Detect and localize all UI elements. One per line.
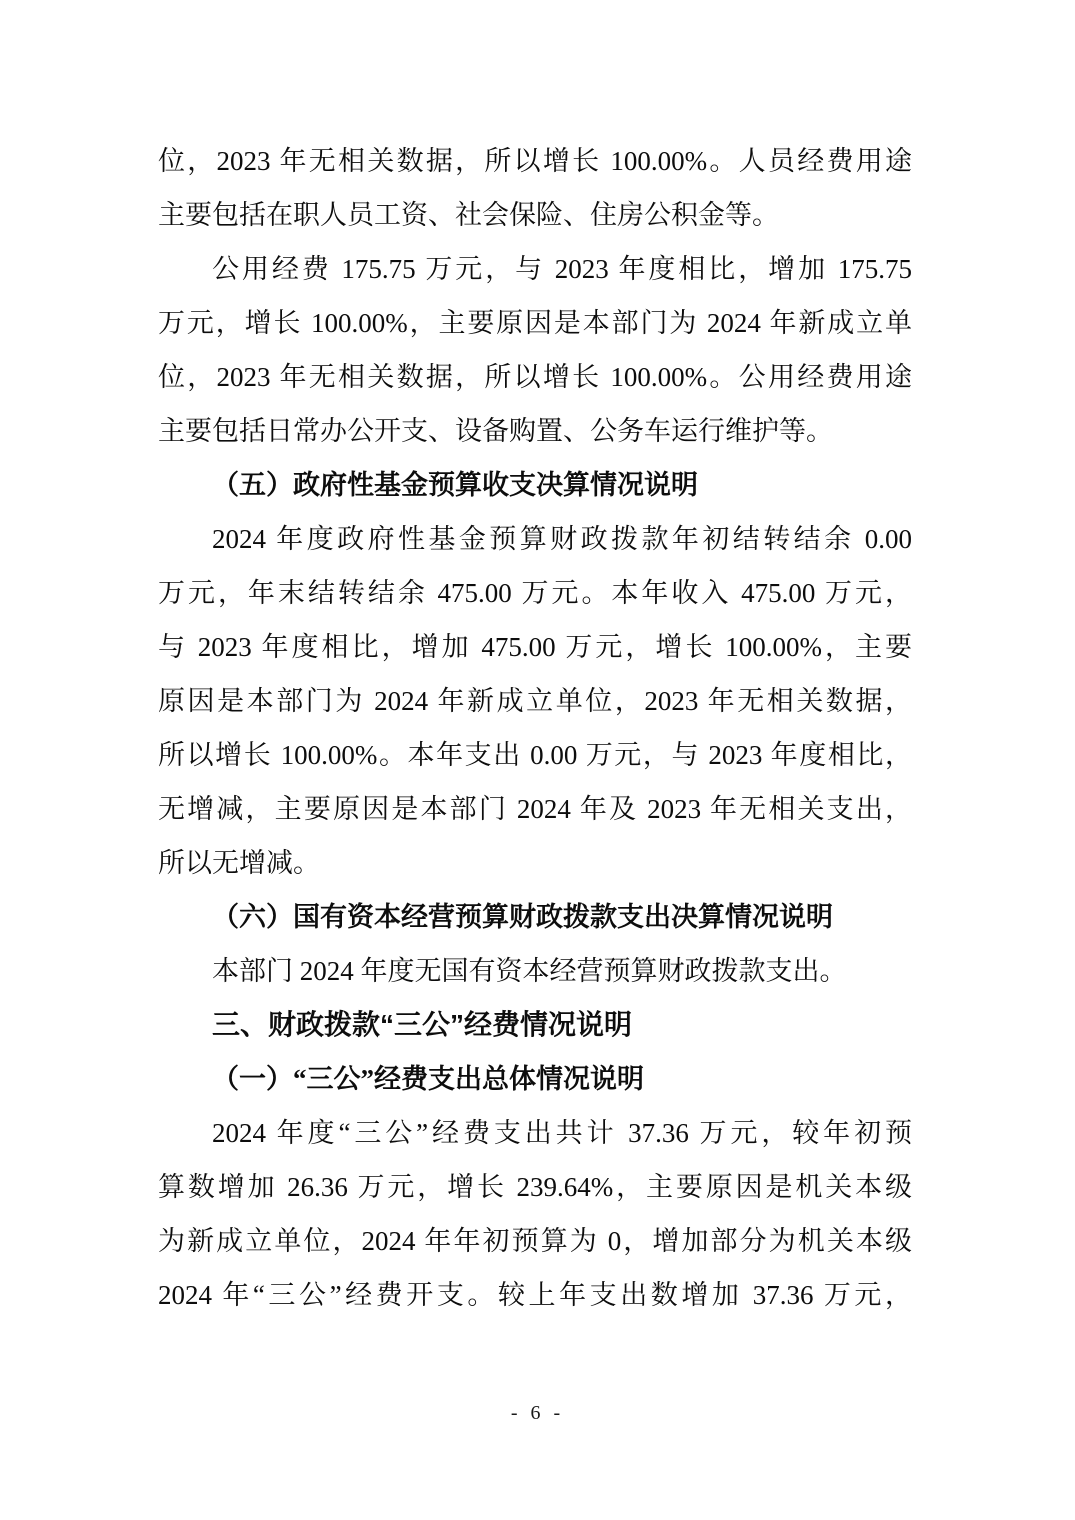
- text-line: 2024 年度“三公”经费支出共计 37.36 万元，较年初预: [158, 1106, 912, 1160]
- text-line: 位，2023 年无相关数据，所以增长 100.00%。公用经费用途: [158, 350, 912, 404]
- text-line: 算数增加 26.36 万元，增长 239.64%，主要原因是机关本级: [158, 1160, 912, 1214]
- text-line: 主要包括在职人员工资、社会保险、住房公积金等。: [158, 188, 912, 242]
- heading-line: （一）“三公”经费支出总体情况说明: [158, 1052, 912, 1106]
- text-line: 万元，增长 100.00%，主要原因是本部门为 2024 年新成立单: [158, 296, 912, 350]
- text-line: 万元，年末结转结余 475.00 万元。本年收入 475.00 万元，: [158, 566, 912, 620]
- text-line: 公用经费 175.75 万元，与 2023 年度相比，增加 175.75: [158, 242, 912, 296]
- document-body: 位，2023 年无相关数据，所以增长 100.00%。人员经费用途主要包括在职人…: [158, 134, 912, 1322]
- text-line: 本部门 2024 年度无国有资本经营预算财政拨款支出。: [158, 944, 912, 998]
- text-line: 2024 年度政府性基金预算财政拨款年初结转结余 0.00: [158, 512, 912, 566]
- text-line: 与 2023 年度相比，增加 475.00 万元，增长 100.00%，主要: [158, 620, 912, 674]
- text-line: 位，2023 年无相关数据，所以增长 100.00%。人员经费用途: [158, 134, 912, 188]
- text-line: 所以无增减。: [158, 836, 912, 890]
- text-line: 原因是本部门为 2024 年新成立单位，2023 年无相关数据，: [158, 674, 912, 728]
- page: 位，2023 年无相关数据，所以增长 100.00%。人员经费用途主要包括在职人…: [0, 0, 1075, 1520]
- heading-line: （六）国有资本经营预算财政拨款支出决算情况说明: [158, 890, 912, 944]
- text-line: 无增减，主要原因是本部门 2024 年及 2023 年无相关支出，: [158, 782, 912, 836]
- heading-line: 三、财政拨款“三公”经费情况说明: [158, 998, 912, 1052]
- text-line: 2024 年“三公”经费开支。较上年支出数增加 37.36 万元，: [158, 1268, 912, 1322]
- page-number: - 6 -: [0, 1398, 1075, 1428]
- text-line: 主要包括日常办公开支、设备购置、公务车运行维护等。: [158, 404, 912, 458]
- text-line: 所以增长 100.00%。本年支出 0.00 万元，与 2023 年度相比，: [158, 728, 912, 782]
- heading-line: （五）政府性基金预算收支决算情况说明: [158, 458, 912, 512]
- text-line: 为新成立单位，2024 年年初预算为 0，增加部分为机关本级: [158, 1214, 912, 1268]
